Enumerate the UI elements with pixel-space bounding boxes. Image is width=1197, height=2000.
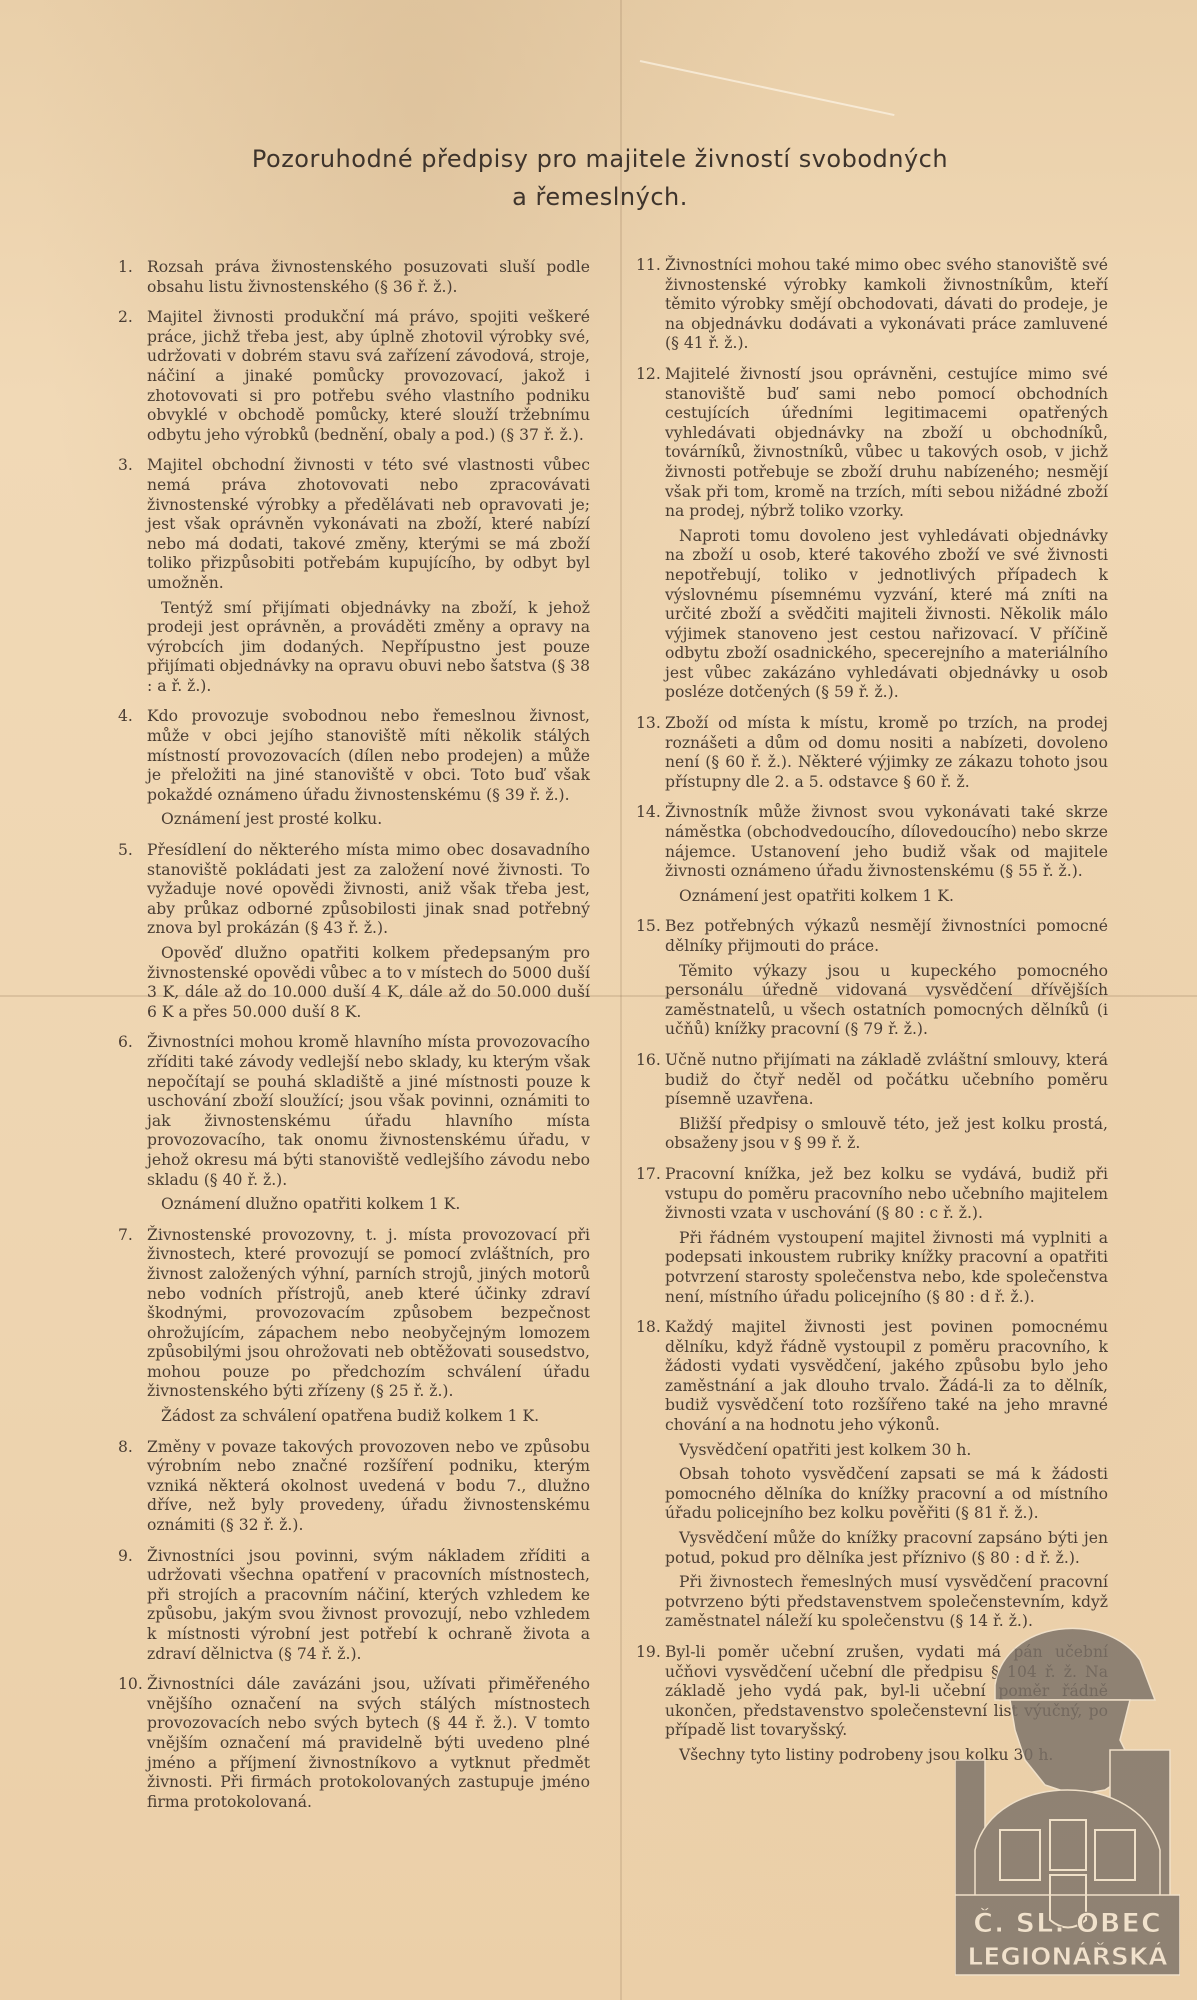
- item-number: 13.: [636, 714, 663, 734]
- item-number: 9.: [118, 1547, 145, 1567]
- item-text: Majitel obchodní živnosti v této své vla…: [147, 456, 590, 593]
- item-note: Oznámení jest opatřiti kolkem 1 K.: [665, 887, 1108, 907]
- right-column: 11.Živnostníci mohou také mimo obec svéh…: [636, 256, 1108, 1777]
- item-number: 14.: [636, 803, 663, 823]
- regulation-item: 13.Zboží od místa k místu, kromě po trzí…: [636, 714, 1108, 792]
- item-text: Zboží od místa k místu, kromě po trzích,…: [665, 714, 1108, 792]
- item-note: Oznámení dlužno opatřiti kolkem 1 K.: [147, 1195, 590, 1215]
- document-title: Pozoruhodné předpisy pro majitele živnos…: [140, 140, 1060, 216]
- item-note: Tentýž smí přijímati objednávky na zboží…: [147, 599, 590, 697]
- item-text: Změny v povaze takových provozoven nebo …: [147, 1438, 590, 1536]
- regulation-item: 12.Majitelé živností jsou oprávněni, ces…: [636, 365, 1108, 703]
- item-number: 15.: [636, 917, 663, 937]
- item-number: 8.: [118, 1438, 145, 1458]
- item-text: Bez potřebných výkazů nesmějí živnostníc…: [665, 917, 1108, 956]
- item-text: Každý majitel živnosti jest povinen pomo…: [665, 1318, 1108, 1436]
- item-text: Živnostníci jsou povinni, svým nákladem …: [147, 1547, 590, 1665]
- paper-fold-vertical: [620, 0, 622, 2000]
- regulation-item: 1.Rozsah práva živnostenského posuzovati…: [118, 258, 590, 297]
- item-text: Kdo provozuje svobodnou nebo řemeslnou ž…: [147, 707, 590, 805]
- regulation-item: 11.Živnostníci mohou také mimo obec svéh…: [636, 256, 1108, 354]
- regulation-item: 5.Přesídlení do některého místa mimo obe…: [118, 841, 590, 1022]
- regulation-item: 6.Živnostníci mohou kromě hlavního místa…: [118, 1033, 590, 1214]
- item-note: Bližší předpisy o smlouvě této, jež jest…: [665, 1115, 1108, 1154]
- item-text: Učně nutno přijímati na základě zvláštní…: [665, 1051, 1108, 1110]
- item-number: 6.: [118, 1033, 145, 1053]
- regulation-item: 10.Živnostníci dále zavázáni jsou, užíva…: [118, 1675, 590, 1812]
- item-note: Těmito výkazy jsou u kupeckého pomocného…: [665, 962, 1108, 1040]
- regulation-item: 9.Živnostníci jsou povinni, svým náklade…: [118, 1547, 590, 1665]
- item-text: Pracovní knížka, jež bez kolku se vydává…: [665, 1165, 1108, 1224]
- regulation-item: 8.Změny v povaze takových provozoven neb…: [118, 1438, 590, 1536]
- regulation-item: 17.Pracovní knížka, jež bez kolku se vyd…: [636, 1165, 1108, 1307]
- regulation-item: 14.Živnostník může živnost svou vykonáva…: [636, 803, 1108, 906]
- item-number: 19.: [636, 1643, 663, 1663]
- item-note: Naproti tomu dovoleno jest vyhledávati o…: [665, 527, 1108, 703]
- item-note: Obsah tohoto vysvědčení zapsati se má k …: [665, 1465, 1108, 1524]
- item-note: Při řádném vystoupení majitel živnosti m…: [665, 1229, 1108, 1307]
- title-line-1: Pozoruhodné předpisy pro majitele živnos…: [140, 140, 1060, 178]
- item-number: 7.: [118, 1226, 145, 1246]
- watermark-line-1: Č. SL. OBEC: [955, 1908, 1180, 1939]
- title-line-2: a řemeslných.: [140, 178, 1060, 216]
- item-note: Oznámení jest prosté kolku.: [147, 810, 590, 830]
- regulation-item: 3.Majitel obchodní živnosti v této své v…: [118, 456, 590, 696]
- watermark-line-2: LEGIONÁŘSKÁ: [955, 1942, 1180, 1971]
- regulation-item: 15.Bez potřebných výkazů nesmějí živnost…: [636, 917, 1108, 1040]
- item-number: 4.: [118, 707, 145, 727]
- regulation-item: 16.Učně nutno přijímati na základě zvláš…: [636, 1051, 1108, 1154]
- regulation-item: 4.Kdo provozuje svobodnou nebo řemeslnou…: [118, 707, 590, 830]
- item-number: 18.: [636, 1318, 663, 1338]
- item-number: 5.: [118, 841, 145, 861]
- regulation-item: 7.Živnostenské provozovny, t. j. místa p…: [118, 1226, 590, 1427]
- legion-watermark-stamp: Č. SL. OBEC LEGIONÁŘSKÁ: [955, 1590, 1180, 1980]
- item-text: Rozsah práva živnostenského posuzovati s…: [147, 258, 590, 297]
- item-note: Opověď dlužno opatřiti kolkem předepsaný…: [147, 944, 590, 1022]
- regulation-item: 2.Majitel živnosti produkční má právo, s…: [118, 308, 590, 445]
- item-number: 10.: [118, 1675, 145, 1695]
- item-text: Živnostenské provozovny, t. j. místa pro…: [147, 1226, 590, 1402]
- item-text: Živnostníci mohou také mimo obec svého s…: [665, 256, 1108, 354]
- item-note: Vysvědčení opatřiti jest kolkem 30 h.: [665, 1441, 1108, 1461]
- regulation-item: 18.Každý majitel živnosti jest povinen p…: [636, 1318, 1108, 1632]
- item-number: 17.: [636, 1165, 663, 1185]
- item-text: Živnostníci mohou kromě hlavního místa p…: [147, 1033, 590, 1190]
- item-text: Živnostník může živnost svou vykonávati …: [665, 803, 1108, 881]
- item-number: 2.: [118, 308, 145, 328]
- item-note: Žádost za schválení opatřena budiž kolke…: [147, 1407, 590, 1427]
- item-text: Přesídlení do některého místa mimo obec …: [147, 841, 590, 939]
- item-text: Majitelé živností jsou oprávněni, cestuj…: [665, 365, 1108, 522]
- item-text: Živnostníci dále zavázáni jsou, užívati …: [147, 1675, 590, 1812]
- paper-crease: [640, 60, 895, 116]
- item-number: 3.: [118, 456, 145, 476]
- item-number: 16.: [636, 1051, 663, 1071]
- item-number: 11.: [636, 256, 663, 276]
- item-note: Vysvědčení může do knížky pracovní zapsá…: [665, 1529, 1108, 1568]
- item-number: 1.: [118, 258, 145, 278]
- left-column: 1.Rozsah práva živnostenského posuzovati…: [118, 258, 590, 1823]
- item-text: Majitel živnosti produkční má právo, spo…: [147, 308, 590, 445]
- item-number: 12.: [636, 365, 663, 385]
